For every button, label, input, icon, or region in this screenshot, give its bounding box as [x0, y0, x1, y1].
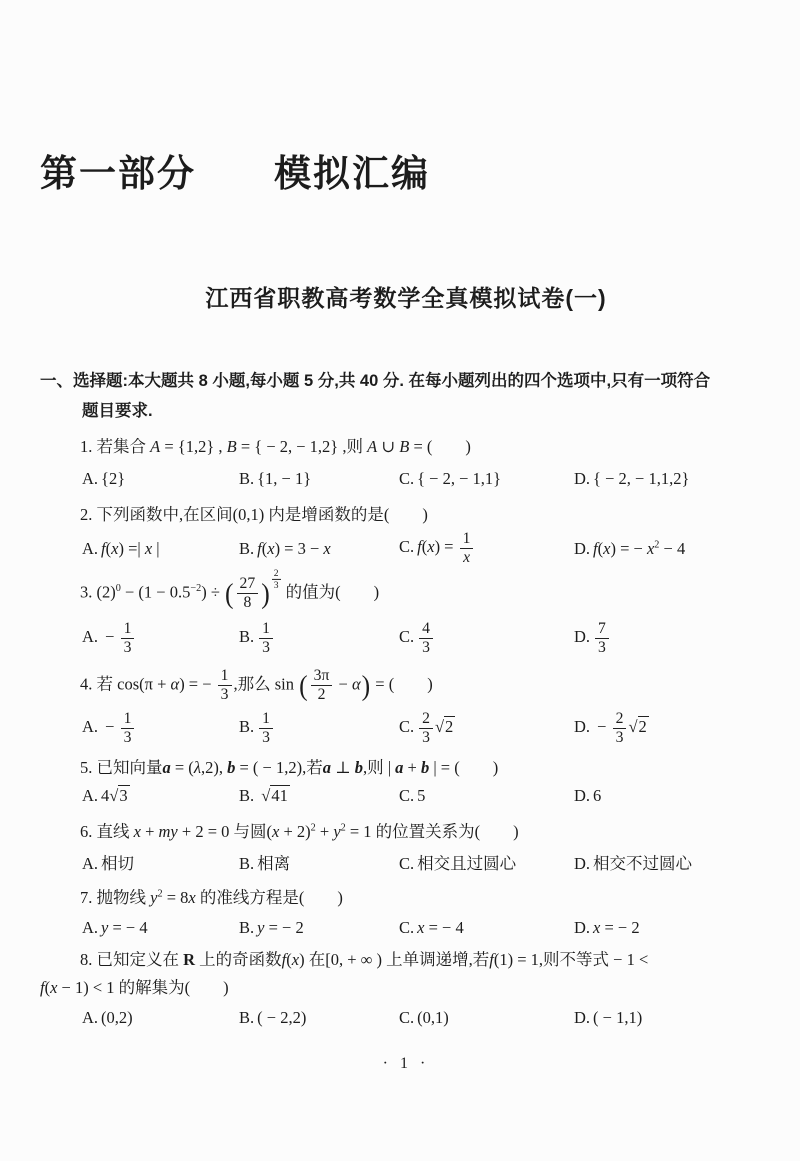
option-label: B.: [239, 539, 254, 558]
section-instructions: 一、选择题:本大题共 8 小题,每小题 5 分,共 40 分. 在每小题列出的四…: [40, 366, 772, 426]
option-label: D.: [574, 786, 590, 805]
question-6-options: A.相切 B.相离 C.相交且过圆心 D.相交不过圆心: [82, 851, 772, 877]
option-6-c: C.相交且过圆心: [399, 851, 574, 877]
option-label: B.: [239, 1008, 254, 1027]
option-8-b: B.( − 2,2): [239, 1005, 399, 1031]
option-2-b: B.f(x) = 3 − x: [239, 536, 399, 562]
option-label: A.: [82, 539, 98, 558]
option-4-d: D. − 23√2: [574, 710, 772, 747]
option-value: {1, − 1}: [257, 469, 311, 488]
option-value: {2}: [101, 469, 125, 488]
option-value: (0,2): [101, 1008, 133, 1027]
option-4-b: B.13: [239, 710, 399, 747]
option-value: { − 2, − 1,1,2}: [593, 469, 689, 488]
page-number: · 1 ·: [40, 1055, 772, 1073]
option-label: B.: [239, 717, 254, 736]
question-4-options: A. − 13 B.13 C.23√2 D. − 23√2: [82, 710, 772, 747]
option-value: 5: [417, 786, 425, 805]
option-label: A.: [82, 918, 98, 937]
option-value: − 23√2: [593, 717, 649, 736]
question-1: 1. 若集合 A = {1,2} , B = { − 2, − 1,2} ,则 …: [40, 434, 772, 492]
option-1-c: C.{ − 2, − 1,1}: [399, 466, 574, 492]
option-label: D.: [574, 1008, 590, 1027]
option-value: 相交且过圆心: [417, 854, 516, 873]
option-1-a: A.{2}: [82, 466, 239, 492]
question-2-stem: 2. 下列函数中,在区间(0,1) 内是增函数的是( ): [80, 502, 772, 528]
option-label: A.: [82, 1008, 98, 1027]
option-7-d: D.x = − 2: [574, 915, 772, 941]
option-1-d: D.{ − 2, − 1,1,2}: [574, 466, 772, 492]
option-label: B.: [239, 854, 254, 873]
option-value: √41: [257, 786, 290, 805]
option-value: (0,1): [417, 1008, 449, 1027]
option-5-d: D.6: [574, 783, 772, 809]
question-8-stem-line-1: 8. 已知定义在 R 上的奇函数f(x) 在[0, + ∞ ) 上单调递增,若f…: [80, 947, 772, 973]
option-label: B.: [239, 627, 254, 646]
option-value: − 13: [101, 627, 136, 646]
option-4-a: A. − 13: [82, 710, 239, 747]
option-value: 23√2: [417, 717, 455, 736]
option-label: C.: [399, 854, 414, 873]
option-2-d: D.f(x) = − x2 − 4: [574, 536, 772, 562]
question-2: 2. 下列函数中,在区间(0,1) 内是增函数的是( ) A.f(x) =| x…: [40, 502, 772, 567]
option-value: y = − 4: [101, 918, 148, 937]
option-label: C.: [399, 627, 414, 646]
option-label: C.: [399, 537, 414, 556]
option-8-c: C.(0,1): [399, 1005, 574, 1031]
question-7: 7. 抛物线 y2 = 8x 的准线方程是( ) A.y = − 4 B.y =…: [40, 885, 772, 941]
question-3-options: A. − 13 B.13 C.43 D.73: [82, 620, 772, 657]
option-value: 43: [417, 627, 435, 646]
question-1-options: A.{2} B.{1, − 1} C.{ − 2, − 1,1} D.{ − 2…: [82, 466, 772, 492]
option-value: x = − 4: [417, 918, 464, 937]
option-label: D.: [574, 627, 590, 646]
option-value: y = − 2: [257, 918, 304, 937]
option-label: D.: [574, 469, 590, 488]
question-8-options: A.(0,2) B.( − 2,2) C.(0,1) D.( − 1,1): [82, 1005, 772, 1031]
option-3-d: D.73: [574, 620, 772, 657]
option-4-c: C.23√2: [399, 710, 574, 747]
option-label: A.: [82, 854, 98, 873]
question-5-stem: 5. 已知向量a = (λ,2), b = ( − 1,2),若a ⊥ b,则 …: [80, 755, 772, 781]
option-label: B.: [239, 786, 254, 805]
option-value: { − 2, − 1,1}: [417, 469, 501, 488]
option-value: f(x) = 1x: [417, 537, 475, 556]
exam-page: 第一部分 模拟汇编 江西省职教高考数学全真模拟试卷(一) 一、选择题:本大题共 …: [0, 0, 800, 1161]
option-3-c: C.43: [399, 620, 574, 657]
section-title: 第一部分 模拟汇编: [40, 150, 772, 198]
option-label: A.: [82, 717, 98, 736]
question-6-stem: 6. 直线 x + my + 2 = 0 与圆(x + 2)2 + y2 = 1…: [80, 819, 772, 845]
question-7-options: A.y = − 4 B.y = − 2 C.x = − 4 D.x = − 2: [82, 915, 772, 941]
option-value: ( − 1,1): [593, 1008, 642, 1027]
option-value: 相切: [101, 854, 134, 873]
option-3-b: B.13: [239, 620, 399, 657]
option-value: 13: [257, 627, 275, 646]
option-label: C.: [399, 1008, 414, 1027]
option-1-b: B.{1, − 1}: [239, 466, 399, 492]
question-2-options: A.f(x) =| x | B.f(x) = 3 − x C.f(x) = 1x…: [82, 530, 772, 567]
option-7-c: C.x = − 4: [399, 915, 574, 941]
option-label: D.: [574, 717, 590, 736]
option-label: C.: [399, 717, 414, 736]
option-label: D.: [574, 918, 590, 937]
option-6-a: A.相切: [82, 851, 239, 877]
question-4-stem: 4. 若 cos(π + α) = − 13,那么 sin (3π2 − α) …: [80, 667, 772, 704]
option-5-b: B. √41: [239, 783, 399, 809]
option-value: ( − 2,2): [257, 1008, 306, 1027]
option-7-a: A.y = − 4: [82, 915, 239, 941]
question-8: 8. 已知定义在 R 上的奇函数f(x) 在[0, + ∞ ) 上单调递增,若f…: [40, 947, 772, 1031]
option-label: B.: [239, 918, 254, 937]
option-label: A.: [82, 786, 98, 805]
question-4: 4. 若 cos(π + α) = − 13,那么 sin (3π2 − α) …: [40, 667, 772, 747]
question-8-stem-line-2: f(x − 1) < 1 的解集为( ): [40, 975, 772, 1001]
option-label: A.: [82, 627, 98, 646]
option-8-a: A.(0,2): [82, 1005, 239, 1031]
option-label: C.: [399, 786, 414, 805]
instructions-line-1: 一、选择题:本大题共 8 小题,每小题 5 分,共 40 分. 在每小题列出的四…: [40, 366, 772, 396]
paper-title: 江西省职教高考数学全真模拟试卷(一): [40, 282, 772, 314]
option-value: f(x) = − x2 − 4: [593, 539, 685, 558]
option-value: 4√3: [101, 786, 130, 805]
question-5-options: A.4√3 B. √41 C.5 D.6: [82, 783, 772, 809]
option-label: D.: [574, 854, 590, 873]
option-label: D.: [574, 539, 590, 558]
option-5-c: C.5: [399, 783, 574, 809]
option-value: 73: [593, 627, 611, 646]
option-8-d: D.( − 1,1): [574, 1005, 772, 1031]
option-label: C.: [399, 918, 414, 937]
option-label: A.: [82, 469, 98, 488]
question-5: 5. 已知向量a = (λ,2), b = ( − 1,2),若a ⊥ b,则 …: [40, 755, 772, 809]
option-6-b: B.相离: [239, 851, 399, 877]
question-3: 3. (2)0 − (1 − 0.5−2) ÷ (278)23 的值为( ) A…: [40, 575, 772, 657]
option-value: 相交不过圆心: [593, 854, 692, 873]
question-6: 6. 直线 x + my + 2 = 0 与圆(x + 2)2 + y2 = 1…: [40, 819, 772, 877]
option-label: C.: [399, 469, 414, 488]
question-7-stem: 7. 抛物线 y2 = 8x 的准线方程是( ): [80, 885, 772, 911]
option-value: 13: [257, 717, 275, 736]
option-value: f(x) = 3 − x: [257, 539, 331, 558]
option-value: f(x) =| x |: [101, 539, 160, 558]
option-value: x = − 2: [593, 918, 640, 937]
option-6-d: D.相交不过圆心: [574, 851, 772, 877]
option-3-a: A. − 13: [82, 620, 239, 657]
option-2-a: A.f(x) =| x |: [82, 536, 239, 562]
instructions-line-2: 题目要求.: [82, 396, 772, 426]
option-label: B.: [239, 469, 254, 488]
option-value: 相离: [257, 854, 290, 873]
option-5-a: A.4√3: [82, 783, 239, 809]
option-2-c: C.f(x) = 1x: [399, 530, 574, 567]
option-value: − 13: [101, 717, 136, 736]
question-1-stem: 1. 若集合 A = {1,2} , B = { − 2, − 1,2} ,则 …: [80, 434, 772, 460]
option-7-b: B.y = − 2: [239, 915, 399, 941]
option-value: 6: [593, 786, 601, 805]
question-3-stem: 3. (2)0 − (1 − 0.5−2) ÷ (278)23 的值为( ): [80, 575, 772, 612]
